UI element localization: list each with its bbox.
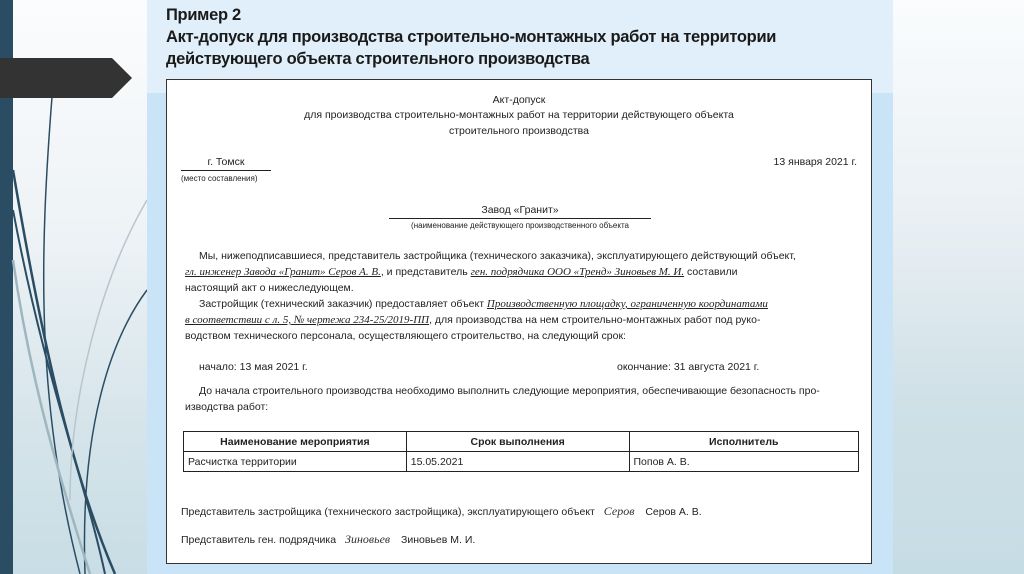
para1-middle: , и представитель bbox=[381, 266, 468, 278]
sign2-name: Зиновьев М. И. bbox=[401, 534, 475, 546]
sign1-signature: Серов bbox=[604, 504, 635, 519]
object-name-field: Завод «Гранит» bbox=[389, 204, 651, 219]
cell-executor: Попов А. В. bbox=[629, 452, 859, 472]
header-deadline: Срок выполнения bbox=[406, 432, 629, 452]
object-handwritten-1: Производственную площадку, ограниченную … bbox=[487, 298, 768, 310]
document-title: Акт-допуск bbox=[167, 94, 871, 106]
para3-line1: До начала строительного производства нео… bbox=[199, 385, 820, 397]
para2-line2: в соответствии с л. 5, № чертежа 234-25/… bbox=[185, 314, 760, 326]
sign2-label: Представитель ген. подрядчика bbox=[181, 534, 336, 546]
measures-table: Наименование мероприятия Срок выполнения… bbox=[183, 431, 859, 472]
heading-example-number: Пример 2 bbox=[166, 4, 866, 26]
para1-line2: гл. инженер Завода «Гранит» Серов А. В.,… bbox=[185, 266, 737, 278]
signature-line-customer: Представитель застройщика (технического … bbox=[181, 504, 702, 519]
sign2-signature: Зиновьев bbox=[345, 532, 390, 547]
slide-right-background bbox=[893, 0, 1024, 574]
document-subtitle-line1: для производства строительно-монтажных р… bbox=[167, 109, 871, 121]
slide-heading: Пример 2 Акт-допуск для производства стр… bbox=[166, 4, 866, 70]
heading-title-line2: действующего объекта строительного произ… bbox=[166, 48, 866, 70]
para2-intro: Застройщик (технический заказчик) предос… bbox=[199, 298, 484, 310]
signature-line-contractor: Представитель ген. подрядчика Зиновьев З… bbox=[181, 532, 475, 547]
document-subtitle-line2: строительного производства bbox=[167, 125, 871, 137]
contractor-rep-handwritten: ген. подрядчика ООО «Тренд» Зиновьев М. … bbox=[471, 266, 684, 278]
place-field: г. Томск bbox=[181, 156, 271, 171]
para1-intro: Мы, нижеподписавшиеся, представитель зас… bbox=[199, 250, 796, 262]
table-row: Расчистка территории 15.05.2021 Попов А.… bbox=[184, 452, 859, 472]
para3-line2: изводства работ: bbox=[185, 401, 268, 413]
place-caption: (место составления) bbox=[181, 174, 258, 183]
para1-line3: настоящий акт о нижеследующем. bbox=[185, 282, 354, 294]
table-header-row: Наименование мероприятия Срок выполнения… bbox=[184, 432, 859, 452]
heading-title-line1: Акт-допуск для производства строительно-… bbox=[166, 26, 866, 48]
para2-after: , для производства на нем строительно-мо… bbox=[429, 314, 760, 326]
start-date: начало: 13 мая 2021 г. bbox=[199, 361, 308, 373]
cell-measure-name: Расчистка территории bbox=[184, 452, 407, 472]
sign1-name: Серов А. В. bbox=[645, 506, 701, 518]
document-date: 13 января 2021 г. bbox=[774, 156, 857, 168]
end-date: окончание: 31 августа 2021 г. bbox=[617, 361, 759, 373]
header-executor: Исполнитель bbox=[629, 432, 859, 452]
document-page: Акт-допуск для производства строительно-… bbox=[166, 79, 872, 564]
customer-rep-handwritten: гл. инженер Завода «Гранит» Серов А. В. bbox=[185, 266, 381, 278]
para1-end: составили bbox=[687, 266, 737, 278]
para2-line3: водством технического персонала, осущест… bbox=[185, 330, 626, 342]
object-handwritten-2: в соответствии с л. 5, № чертежа 234-25/… bbox=[185, 314, 429, 326]
para2-line1: Застройщик (технический заказчик) предос… bbox=[199, 298, 768, 310]
sign1-label: Представитель застройщика (технического … bbox=[181, 506, 595, 518]
object-name-caption: (наименование действующего производствен… bbox=[389, 221, 651, 230]
cell-deadline: 15.05.2021 bbox=[406, 452, 629, 472]
header-measure-name: Наименование мероприятия bbox=[184, 432, 407, 452]
slide-arrow-marker bbox=[0, 58, 132, 98]
